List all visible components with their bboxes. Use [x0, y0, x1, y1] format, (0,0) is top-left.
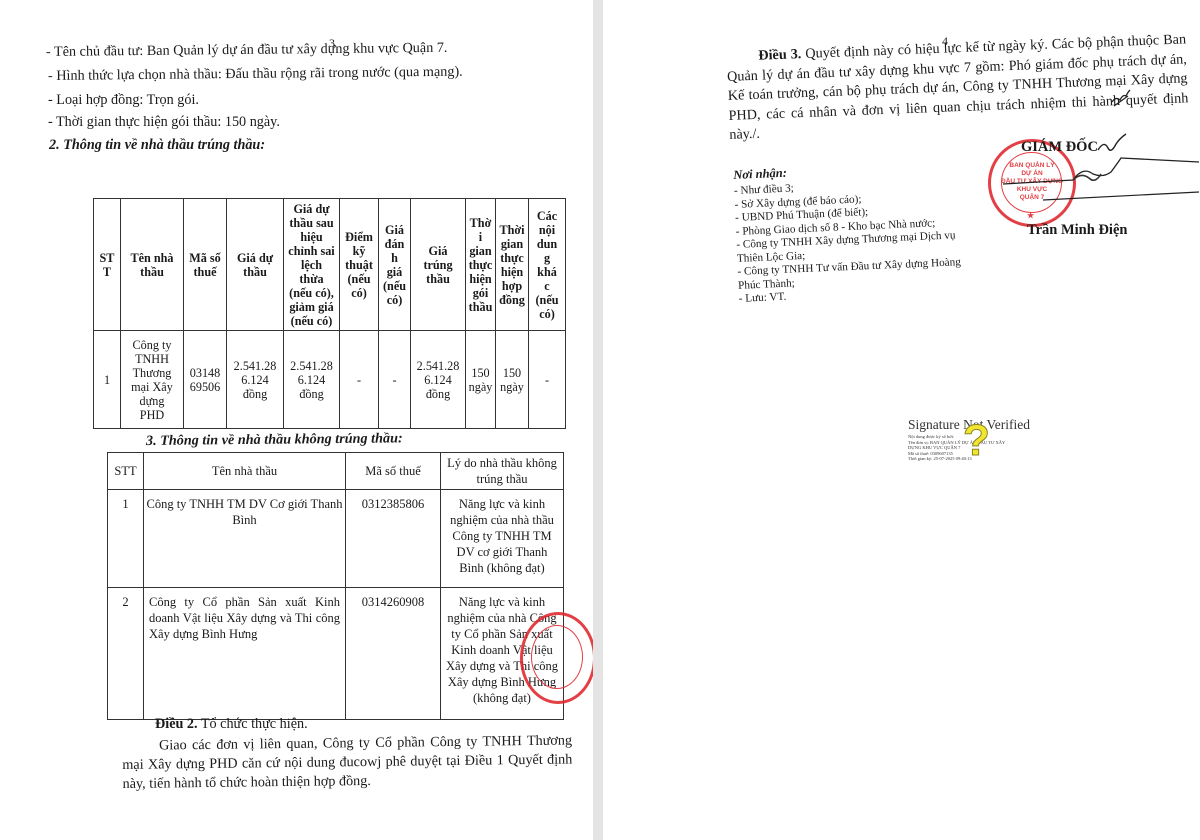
- header-evaluated-price: Giáđánhgiá(nếucó): [379, 199, 411, 331]
- page-divider: [593, 0, 603, 840]
- header-bid-price: Giá dựthầu: [227, 199, 284, 331]
- header-winning-price: Giátrúngthầu: [411, 199, 466, 331]
- initials-mark-icon: [1110, 88, 1132, 108]
- cell-contractor-name: Công tyTNHHThươngmại XâydựngPHD: [121, 331, 184, 429]
- stamp-star-icon: ★: [1027, 211, 1034, 220]
- article-3-label: Điều 3.: [758, 46, 802, 64]
- article-2-heading: Điều 2. Tổ chức thực hiện.: [155, 714, 308, 734]
- recipients-block: Nơi nhận: - Như điều 3; - Sở Xây dựng (đ…: [733, 158, 962, 306]
- bullet-contract-type: - Loại hợp đồng: Trọn gói.: [48, 90, 199, 110]
- signer-name: Trần Minh Điện: [1027, 222, 1127, 239]
- header-contractor-name: Tên nhàthầu: [121, 199, 184, 331]
- document-page-4: 4 Điều 3. Quyết định này có hiệu lực kể …: [603, 0, 1200, 840]
- cell-contract-duration: 150ngày: [496, 331, 529, 429]
- table-row: 2 Công ty Cổ phần Sản xuất Kinh doanh Vậ…: [108, 588, 564, 720]
- digital-signature-block: Signature Not Verified Nội dung được ký …: [908, 417, 1058, 462]
- handwritten-signature-icon: [983, 130, 1200, 210]
- header-tax-code: Mã số thuế: [346, 453, 441, 490]
- winner-table: STT Tên nhàthầu Mã sốthuế Giá dựthầu Giá…: [93, 198, 566, 429]
- document-page-3: 3 - Tên chủ đầu tư: Ban Quản lý dự án đầ…: [0, 0, 593, 840]
- section-3-title: 3. Thông tin về nhà thầu không trúng thầ…: [146, 428, 403, 451]
- bullet-investor: - Tên chủ đầu tư: Ban Quản lý dự án đầu …: [46, 38, 448, 62]
- cell-package-duration: 150ngày: [466, 331, 496, 429]
- cell-reason: Năng lực và kinh nghiệm của nhà thầu Côn…: [441, 490, 564, 588]
- cell-tax-code: 0314869506: [184, 331, 227, 429]
- loser-table: STT Tên nhà thầu Mã số thuế Lý do nhà th…: [107, 452, 564, 720]
- cell-bid-price: 2.541.286.124đồng: [227, 331, 284, 429]
- cell-contractor-name: Công ty Cổ phần Sản xuất Kinh doanh Vật …: [144, 588, 346, 720]
- header-other: Cácnộidungkhác(nếucó): [529, 199, 566, 331]
- cell-other: -: [529, 331, 566, 429]
- cell-adjusted-price: 2.541.286.124đồng: [284, 331, 340, 429]
- header-contractor-name: Tên nhà thầu: [144, 453, 346, 490]
- article-2-body: Giao các đơn vị liên quan, Công ty Cổ ph…: [122, 732, 573, 794]
- cell-tax-code: 0312385806: [346, 490, 441, 588]
- table-row: 1 Công ty TNHH TM DV Cơ giới Thanh Bình …: [108, 490, 564, 588]
- bullet-selection-method: - Hình thức lựa chọn nhà thầu: Đấu thầu …: [48, 62, 463, 86]
- header-tax-code: Mã sốthuế: [184, 199, 227, 331]
- header-contract-duration: Thờigianthựchiệnhợpđồng: [496, 199, 529, 331]
- cell-evaluated-price: -: [379, 331, 411, 429]
- cell-stt: 1: [94, 331, 121, 429]
- cell-winning-price: 2.541.286.124đồng: [411, 331, 466, 429]
- header-technical-score: Điểmkỹthuật(nếucó): [340, 199, 379, 331]
- cell-technical-score: -: [340, 331, 379, 429]
- question-mark-icon: ?: [963, 419, 990, 463]
- cell-contractor-name: Công ty TNHH TM DV Cơ giới Thanh Bình: [144, 490, 346, 588]
- header-stt: STT: [108, 453, 144, 490]
- cell-stt: 1: [108, 490, 144, 588]
- header-package-duration: Thờigianthựchiệngóithầu: [466, 199, 496, 331]
- bullet-duration: - Thời gian thực hiện gói thầu: 150 ngày…: [48, 112, 280, 132]
- section-2-title: 2. Thông tin về nhà thầu trúng thầu:: [49, 135, 265, 155]
- header-reason: Lý do nhà thầu không trúng thầu: [441, 453, 564, 490]
- cell-tax-code: 0314260908: [346, 588, 441, 720]
- header-stt: STT: [94, 199, 121, 331]
- header-adjusted-price: Giá dựthầu sauhiệuchỉnh sailệchthừa(nếu …: [284, 199, 340, 331]
- article-2-heading-text: Tổ chức thực hiện.: [198, 716, 308, 732]
- red-stamp-icon: [520, 612, 593, 704]
- article-2-label: Điều 2.: [155, 716, 198, 732]
- cell-stt: 2: [108, 588, 144, 720]
- table-row: 1 Công tyTNHHThươngmại XâydựngPHD 031486…: [94, 331, 566, 429]
